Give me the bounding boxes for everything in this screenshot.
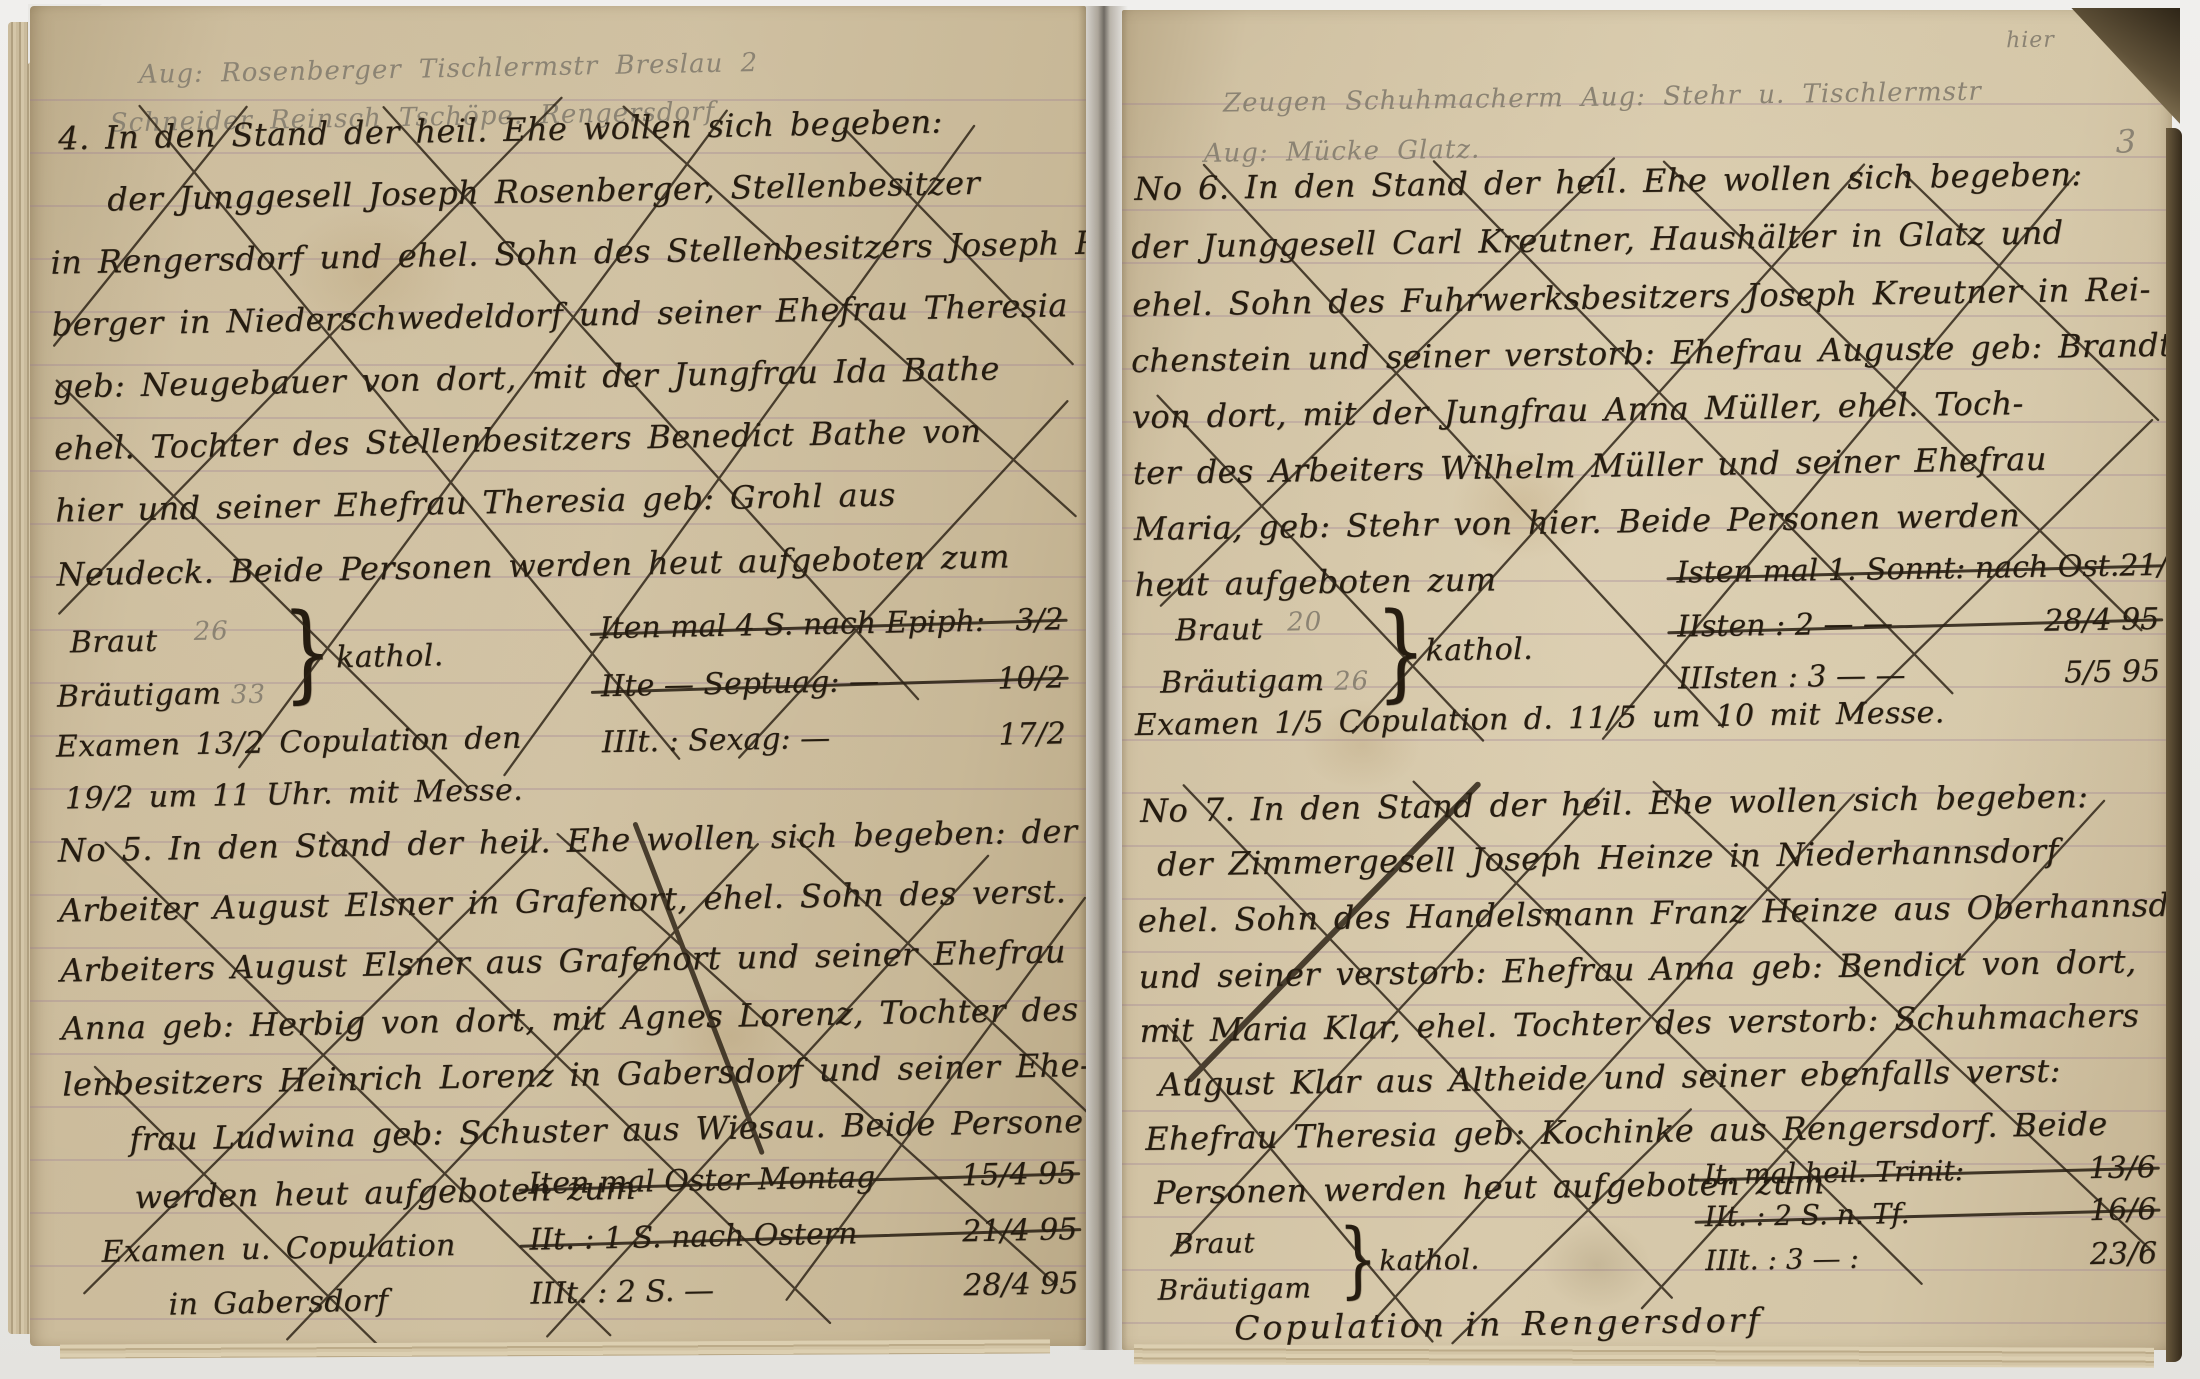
brace-mark: } [1338, 1210, 1378, 1307]
brace-mark: } [1375, 589, 1427, 713]
manuscript-line: Arbeiter August Elsner in Grafenort, ehe… [59, 872, 1067, 929]
entry-no-7: No 7. In den Stand der heil. Ehe wollen … [1122, 10, 2164, 18]
banns-row: IIt. : 1 S. nach Ostern 21/4 95 [529, 1212, 1078, 1258]
manuscript-line: und seiner verstorb: Ehefrau Anna geb: B… [1138, 942, 2136, 996]
banns-label: IIIt. : 2 S. — [530, 1273, 714, 1312]
manuscript-line: No 7. In den Stand der heil. Ehe wollen … [1140, 777, 2089, 830]
banns-label: IIt. : 1 S. nach Ostern [529, 1216, 858, 1257]
bride-label: Braut [1173, 1226, 1255, 1260]
confession-note: kathol. [336, 638, 444, 675]
scanned-register-spread: Aug: Rosenberger Tischlermstr Breslau 2 … [0, 0, 2200, 1379]
banns-date: 16/6 [2089, 1192, 2157, 1228]
manuscript-line: hier und seiner Ehefrau Theresia geb: Gr… [55, 476, 896, 530]
manuscript-line: Maria, geb: Stehr von hier. Beide Person… [1133, 496, 2020, 548]
manuscript-line: August Klar aus Altheide und seiner eben… [1158, 1052, 2061, 1104]
pencil-age-groom: 33 [231, 680, 267, 711]
banns-date: 13/6 [2088, 1150, 2156, 1186]
banns-label: Isten mal 1. Sonnt: nach Ost. [1676, 549, 2119, 591]
banns-row: IIsten : 2 — — 28/4 95 [1677, 602, 2159, 645]
banns-row: IIIt. : 2 S. — 28/4 95 [530, 1266, 1079, 1312]
manuscript-line: mit Maria Klar, ehel. Tochter des versto… [1139, 996, 2139, 1050]
bride-label: Braut [70, 624, 158, 661]
entry-no-5: No 5. In den Stand der heil. Ehe wollen … [30, 6, 1076, 16]
banns-row: IIte — Septuag: — 10/2 [600, 660, 1065, 704]
book-cover-edge [2166, 128, 2182, 1362]
banns-label: It. mal heil. Trinit: [1704, 1154, 1965, 1191]
banns-date: 17/2 [998, 716, 1066, 752]
banns-row: IIt. : 2 S. n. Tf. 16/6 [1704, 1192, 2156, 1234]
pencil-annotation: hier [2006, 28, 2055, 54]
exam-note: 19/2 um 11 Uhr. mit Messe. [65, 773, 524, 817]
manuscript-line: der Zimmergesell Joseph Heinze in Nieder… [1157, 832, 2059, 884]
groom-label: Bräutigam [57, 676, 222, 714]
brace-mark: } [281, 590, 333, 714]
manuscript-line: heut aufgeboten zum [1134, 560, 1496, 604]
manuscript-line: der Junggesell Carl Kreutner, Haushälter… [1131, 213, 2064, 266]
banns-label: IIIsten : 3 — — [1678, 658, 1906, 697]
banns-row: IIIt. : 3 — : 23/6 [1705, 1236, 2157, 1278]
banns-label: IIIt. : 3 — : [1705, 1242, 1859, 1277]
manuscript-line: Neudeck. Beide Personen werden heut aufg… [56, 537, 1010, 593]
copulation-note: Copulation in Rengersdorf [1234, 1300, 1763, 1347]
manuscript-line: lenbesitzers Heinrich Lorenz in Gabersdo… [62, 1046, 1086, 1104]
banns-date: 28/4 95 [2044, 602, 2160, 639]
banns-label: IIIt. : Sexag: — [602, 721, 831, 760]
left-page-ink-layer: Aug: Rosenberger Tischlermstr Breslau 2 … [30, 6, 1086, 1346]
banns-date: 3/2 [1015, 602, 1064, 638]
groom-label: Bräutigam [1157, 1271, 1311, 1306]
banns-label: IIsten : 2 — — [1677, 606, 1893, 644]
entry-no-6: No 6. In den Stand der heil. Ehe wollen … [1122, 10, 2164, 18]
manuscript-line: Ehefrau Theresia geb: Kochinke aus Renge… [1145, 1105, 2108, 1158]
banns-row: IIIsten : 3 — — 5/5 95 [1678, 654, 2160, 697]
banns-row: Iten mal 4 S. nach Epiph: 3/2 [599, 602, 1064, 646]
banns-row: Isten mal 1. Sonnt: nach Ost. 21/4 95 [1676, 548, 2158, 591]
banns-date: 15/4 95 [961, 1156, 1077, 1193]
exam-note: in Gabersdorf [168, 1283, 389, 1322]
manuscript-line: in Rengersdorf und ehel. Sohn des Stelle… [50, 222, 1086, 282]
banns-label: Iten mal Oster Montag [528, 1160, 876, 1202]
stacked-page-edges-left [8, 22, 32, 1334]
manuscript-line: der Junggesell Joseph Rosenberger, Stell… [107, 164, 980, 219]
banns-date: 21/4 95 [962, 1212, 1078, 1249]
banns-date: 5/5 95 [2064, 654, 2161, 691]
pencil-age-bride: 26 [193, 616, 229, 647]
exam-note: Examen 1/5 Copulation d. 11/5 um 10 mit … [1134, 695, 1944, 743]
manuscript-line: berger in Niederschwedeldorf und seiner … [51, 286, 1068, 344]
groom-label: Bräutigam [1160, 663, 1325, 701]
banns-row: IIIt. : Sexag: — 17/2 [602, 716, 1067, 760]
exam-note: Examen u. Copulation [101, 1228, 456, 1270]
left-page: Aug: Rosenberger Tischlermstr Breslau 2 … [30, 6, 1086, 1346]
manuscript-line: ehel. Sohn des Handelsmann Franz Heinze … [1138, 885, 2172, 940]
banns-row: Iten mal Oster Montag 15/4 95 [528, 1156, 1077, 1202]
confession-note: kathol. [1425, 632, 1533, 669]
banns-date: 21/4 95 [2119, 547, 2172, 584]
right-page: hier Zeugen Schuhmacherm Aug: Stehr u. T… [1122, 10, 2172, 1350]
exam-note: Examen 13/2 Copulation den [56, 721, 523, 765]
right-page-ink-layer: hier Zeugen Schuhmacherm Aug: Stehr u. T… [1122, 10, 2172, 1350]
banns-label: IIte — Septuag: — [600, 664, 879, 704]
manuscript-line: ehel. Sohn des Fuhrwerksbesitzers Joseph… [1132, 270, 2151, 324]
confession-note: kathol. [1379, 1243, 1480, 1278]
pencil-annotation: Aug: Mücke Glatz. [1204, 135, 1481, 169]
manuscript-line: ehel. Tochter des Stellenbesitzers Bened… [54, 412, 982, 468]
manuscript-line: No 5. In den Stand der heil. Ehe wollen … [57, 812, 1077, 870]
pencil-age-bride: 20 [1287, 607, 1323, 638]
bride-label: Braut [1175, 612, 1263, 648]
manuscript-line: von dort, mit der Jungfrau Anna Müller, … [1132, 384, 2024, 436]
manuscript-line: Arbeiters August Elsner aus Grafenort un… [60, 932, 1066, 989]
entry-no-4: 4. In den Stand der heil. Ehe wollen sic… [30, 6, 1076, 16]
manuscript-line: frau Ludwina geb: Schuster aus Wiesau. B… [129, 1102, 1086, 1159]
banns-date: 28/4 95 [963, 1266, 1079, 1303]
banns-date: 23/6 [2090, 1236, 2158, 1272]
banns-row: It. mal heil. Trinit: 13/6 [1704, 1150, 2156, 1192]
banns-label: IIt. : 2 S. n. Tf. [1704, 1197, 1909, 1233]
manuscript-line: chenstein und seiner verstorb: Ehefrau A… [1131, 326, 2172, 380]
pencil-annotation: Zeugen Schuhmacherm Aug: Stehr u. Tischl… [1223, 77, 1982, 119]
manuscript-line: geb: Neugebauer von dort, mit der Jungfr… [53, 349, 1001, 405]
manuscript-line: Anna geb: Herbig von dort, mit Agnes Lor… [61, 988, 1086, 1047]
banns-date: 10/2 [997, 660, 1065, 696]
pencil-annotation: Aug: Rosenberger Tischlermstr Breslau 2 [139, 48, 759, 90]
banns-label: Iten mal 4 S. nach Epiph: [599, 604, 985, 646]
pencil-age-groom: 26 [1334, 666, 1370, 697]
page-number: 3 [2115, 122, 2137, 160]
manuscript-line: ter des Arbeiters Wilhelm Müller und sei… [1132, 440, 2046, 492]
